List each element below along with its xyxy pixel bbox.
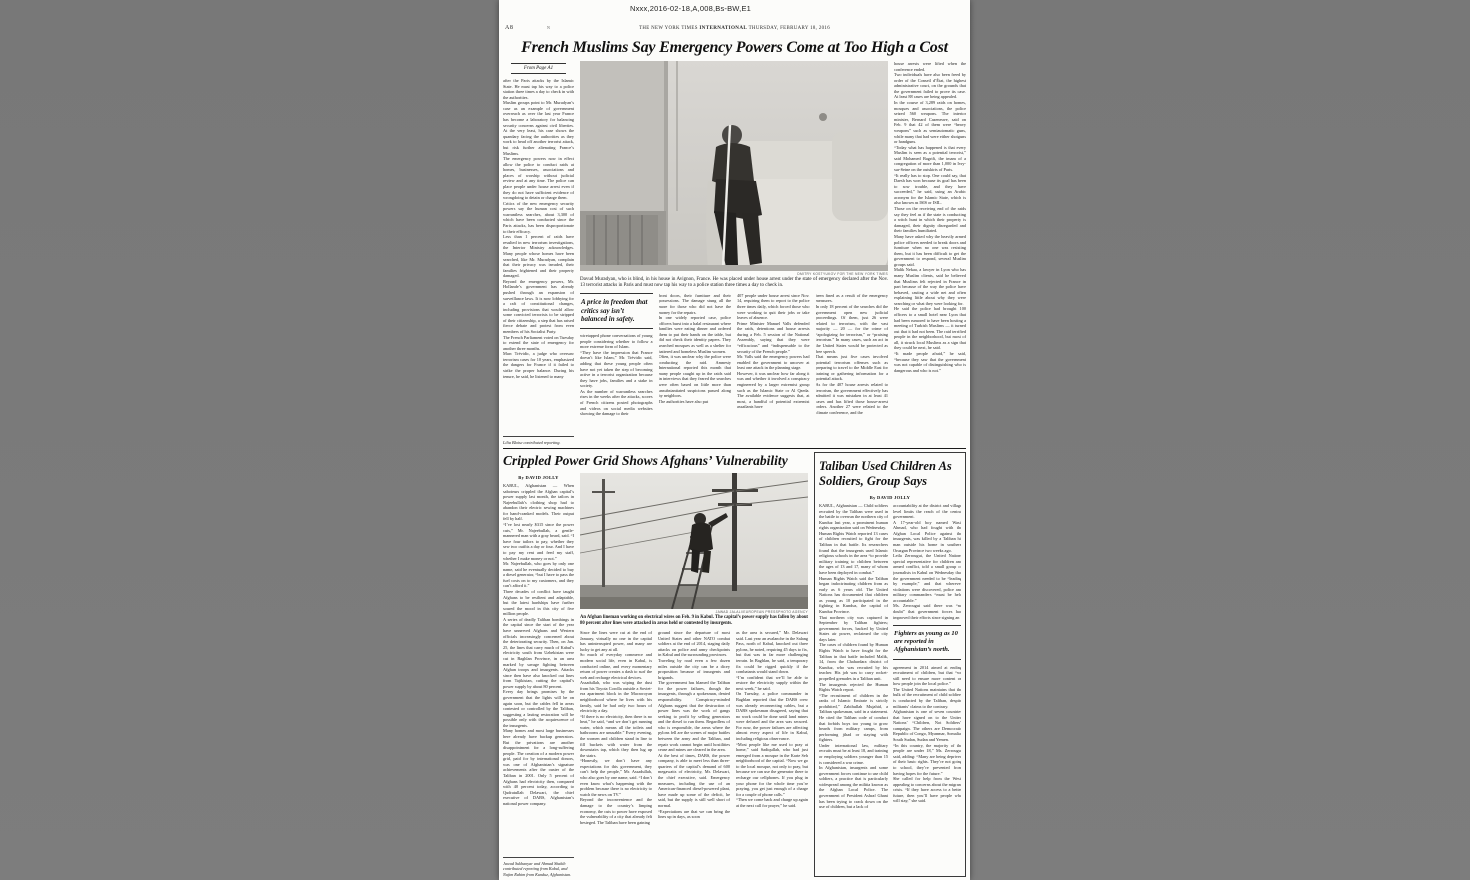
lead-article: From Page A1 after the Paris attacks by …	[503, 61, 966, 445]
power-headline: Crippled Power Grid Shows Afghans’ Vulne…	[503, 453, 808, 469]
lead-column-6-text: house arrests were lifted when the confe…	[894, 61, 966, 445]
taliban-headline: Taliban Used Children As Soldiers, Group…	[819, 459, 961, 489]
power-middle-columns: Since the lines were cut at the end of J…	[580, 630, 808, 877]
lead-column-2-text: wiretapped phone conversations of young …	[580, 333, 653, 417]
bottom-section: Crippled Power Grid Shows Afghans’ Vulne…	[503, 452, 966, 877]
print-slug: Nxxx,2016-02-18,A,008,Bs-BW,E1	[503, 0, 966, 13]
lead-contributor-note: Lilia Blaise contributed reporting.	[503, 436, 574, 445]
masthead-title: THE NEW YORK TIMES	[639, 26, 699, 31]
taliban-column-a-text: KABUL, Afghanistan — Child soldiers recr…	[819, 503, 888, 872]
power-column-1-text: KABUL, Afghanistan — When saboteurs crip…	[503, 483, 574, 857]
masthead: A8 N THE NEW YORK TIMES INTERNATIONAL TH…	[503, 25, 966, 34]
lead-column-5-text: been fined as a result of the emergency …	[816, 293, 889, 445]
masthead-section: INTERNATIONAL	[699, 25, 747, 31]
taliban-column-b-top-text: accountability at the district and villa…	[893, 503, 961, 620]
masthead-dateline: THURSDAY, FEBRUARY 18, 2016	[747, 26, 830, 31]
edition-mark: N	[547, 25, 550, 30]
continuation-line: From Page A1	[511, 63, 566, 74]
taliban-column-b-bottom-text: agreement in 2014 aimed at ending recrui…	[893, 665, 961, 804]
lead-photo-illustration	[580, 61, 888, 271]
lead-column-1: From Page A1 after the Paris attacks by …	[503, 61, 574, 445]
lead-photo-credit: DMITRY KOSTYUKOV FOR THE NEW YORK TIMES	[580, 272, 888, 276]
taliban-byline: By DAVID JOLLY	[819, 495, 961, 500]
taliban-column-b: accountability at the district and villa…	[893, 503, 961, 872]
desk-background: Nxxx,2016-02-18,A,008,Bs-BW,E1 A8 N THE …	[0, 0, 1470, 880]
lead-column-3-text: front doors, their furniture and their p…	[659, 293, 732, 445]
taliban-article-box: Taliban Used Children As Soldiers, Group…	[814, 452, 966, 877]
lead-photo	[580, 61, 888, 271]
power-article: Crippled Power Grid Shows Afghans’ Vulne…	[503, 452, 808, 877]
page-number: A8	[505, 25, 513, 31]
power-photo-credit: JAWAD JALALI/EUROPEAN PRESSPHOTO AGENCY	[580, 610, 808, 614]
power-article-body: By DAVID JOLLY KABUL, Afghanistan — When…	[503, 473, 808, 877]
masthead-center: THE NEW YORK TIMES INTERNATIONAL THURSDA…	[503, 25, 966, 31]
power-byline: By DAVID JOLLY	[503, 475, 574, 480]
power-column-1: By DAVID JOLLY KABUL, Afghanistan — When…	[503, 473, 574, 877]
lead-photo-block: DMITRY KOSTYUKOV FOR THE NEW YORK TIMES …	[580, 61, 888, 445]
lead-pull-quote: A price in freedom that critics say isn’…	[580, 293, 653, 329]
taliban-columns: KABUL, Afghanistan — Child soldiers recr…	[819, 503, 961, 872]
section-divider-rule	[503, 448, 966, 449]
lead-middle-columns: A price in freedom that critics say isn’…	[580, 293, 888, 445]
lead-column-4-text: 407 people under house arrest since Nov.…	[737, 293, 810, 445]
lead-column-1-text: after the Paris attacks by the Islamic S…	[503, 78, 574, 436]
lead-headline: French Muslims Say Emergency Powers Come…	[503, 39, 966, 57]
power-photo	[580, 473, 808, 609]
lead-photo-caption: Davud Muradyan, who is blind, in his hou…	[580, 277, 888, 290]
power-photo-block: JAWAD JALALI/EUROPEAN PRESSPHOTO AGENCY …	[580, 473, 808, 877]
power-column-3-text: ground since the departure of most Unite…	[658, 630, 730, 877]
newspaper-page: Nxxx,2016-02-18,A,008,Bs-BW,E1 A8 N THE …	[499, 0, 970, 880]
power-contributor-note: Jawad Sukhanyar and Ahmad Shakib contrib…	[503, 857, 574, 877]
taliban-pull-quote: Fighters as young as 10 are reported in …	[893, 625, 961, 659]
lead-column-2: A price in freedom that critics say isn’…	[580, 293, 653, 445]
power-column-4-text: as the area is secured,” Mr. Delawari sa…	[736, 630, 808, 877]
power-column-2-text: Since the lines were cut at the end of J…	[580, 630, 652, 877]
power-photo-caption: An Afghan lineman working on electrical …	[580, 615, 808, 627]
power-photo-illustration	[580, 473, 808, 609]
